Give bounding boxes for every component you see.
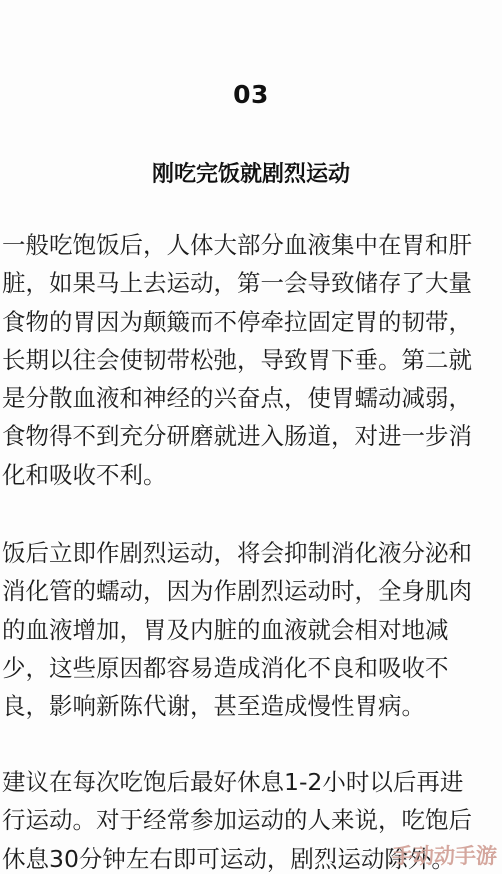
watermark: 手动动手游 — [392, 840, 497, 870]
paragraph-1: 一般吃饱饭后，人体大部分血液集中在胃和肝 脏，如果马上去运动，第一会导致储存了大… — [2, 226, 500, 494]
text-line: 消化管的蠕动，因为作剧烈运动时，全身肌肉 — [2, 572, 500, 610]
text-line: 良，影响新陈代谢，甚至造成慢性胃病。 — [2, 687, 500, 725]
text-line: 的血液增加，胃及内脏的血液就会相对地减 — [2, 611, 500, 649]
section-number: 03 — [0, 80, 502, 109]
text-line: 少，这些原因都容易造成消化不良和吸收不 — [2, 649, 500, 687]
text-line: 长期以往会使韧带松弛，导致胃下垂。第二就 — [2, 341, 500, 379]
paragraph-2: 饭后立即作剧烈运动，将会抑制消化液分泌和 消化管的蠕动，因为作剧烈运动时，全身肌… — [2, 534, 500, 725]
text-line: 饭后立即作剧烈运动，将会抑制消化液分泌和 — [2, 534, 500, 572]
text-line: 是分散血液和神经的兴奋点，使胃蠕动减弱， — [2, 379, 500, 417]
text-line: 化和吸收不利。 — [2, 456, 500, 494]
text-line: 一般吃饱饭后，人体大部分血液集中在胃和肝 — [2, 226, 500, 264]
section-title: 刚吃完饭就剧烈运动 — [0, 157, 502, 188]
text-line: 食物的胃因为颠簸而不停牵拉固定胃的韧带， — [2, 303, 500, 341]
text-line: 行运动。对于经常参加运动的人来说，吃饱后 — [2, 801, 500, 839]
text-line: 脏，如果马上去运动，第一会导致储存了大量 — [2, 264, 500, 302]
text-line: 食物得不到充分研磨就进入肠道，对进一步消 — [2, 417, 500, 455]
text-line: 建议在每次吃饱后最好休息1-2小时以后再进 — [2, 763, 500, 801]
